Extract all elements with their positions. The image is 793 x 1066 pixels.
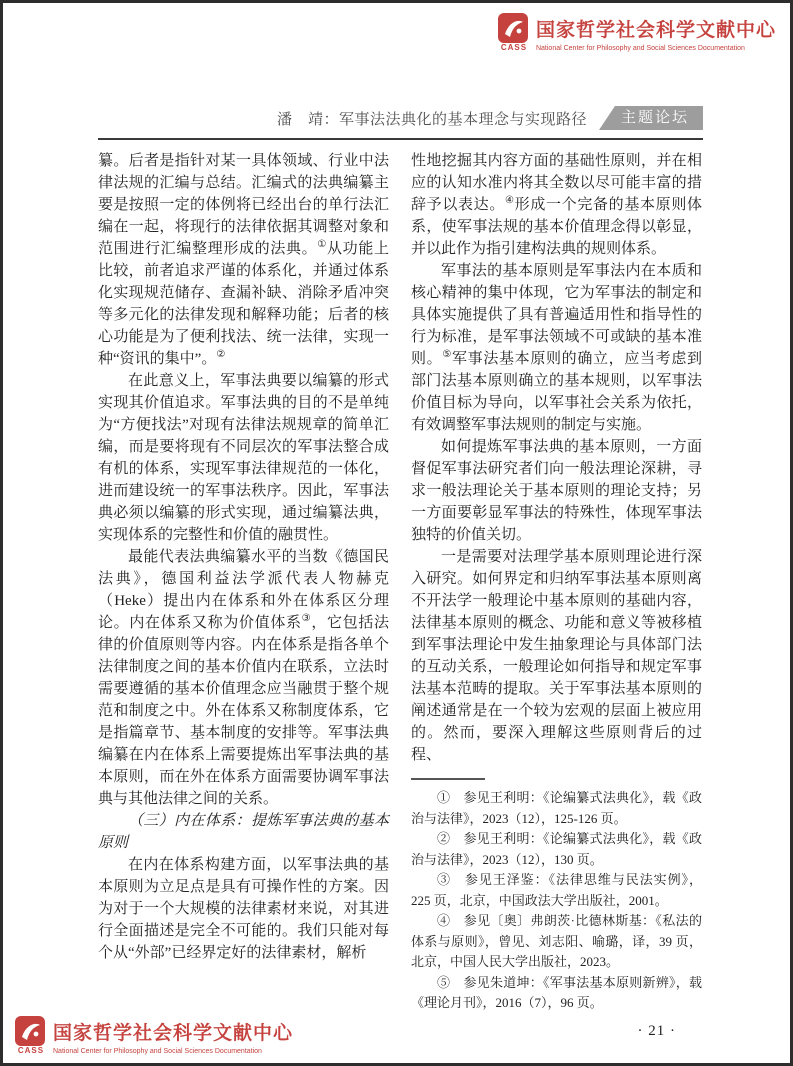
footnote: ④ 参见〔奥〕弗朗茨·比德林斯基：《私法的体系与原则》，曾见、刘志阳、喻璐，译，… — [411, 911, 702, 973]
brand-name-en: National Center for Philosophy and Socia… — [53, 1048, 293, 1055]
footnote-ref: ③ — [302, 613, 312, 624]
paragraph: 性地挖掘其内容方面的基础性原则，并在相应的认知水准内将其全数以尽可能丰富的措辞予… — [411, 150, 702, 260]
running-title: 潘 靖：军事法法典化的基本理念与实现路径 — [277, 108, 587, 129]
paragraph: 如何提炼军事法典的基本原则，一方面督促军事法研究者们向一般法理论深耕，寻求一般法… — [411, 436, 702, 546]
paragraph: 纂。后者是指针对某一具体领域、行业中法律法规的汇编与总结。汇编式的法典编纂主要是… — [98, 150, 389, 370]
right-column: 性地挖掘其内容方面的基础性原则，并在相应的认知水准内将其全数以尽可能丰富的措辞予… — [411, 150, 702, 1042]
left-column: 纂。后者是指针对某一具体领域、行业中法律法规的汇编与总结。汇编式的法典编纂主要是… — [98, 150, 389, 1042]
footnote-divider — [411, 778, 485, 780]
paragraph: 军事法的基本原则是军事法内在本质和核心精神的集中体现，它为军事法的制定和具体实施… — [411, 260, 702, 436]
footnote: ⑤ 参见朱道坤：《军事法基本原则新辨》，载《理论月刊》，2016（7），96 页… — [411, 973, 702, 1014]
running-header: 潘 靖：军事法法典化的基本理念与实现路径 主题论坛 — [98, 106, 703, 130]
cass-logo-icon — [15, 1016, 45, 1046]
section-badge: 主题论坛 — [599, 106, 703, 130]
footnote: ③ 参见王泽鉴：《法律思维与民法实例》，225 页，北京，中国政法大学出版社，2… — [411, 870, 702, 911]
footnote-ref: ① — [317, 239, 327, 250]
brand-abbr: CASS — [15, 1046, 47, 1055]
paragraph: （三）内在体系：提炼军事法典的基本原则 — [98, 810, 389, 854]
right-column-paragraphs: 性地挖掘其内容方面的基础性原则，并在相应的认知水准内将其全数以尽可能丰富的措辞予… — [411, 150, 702, 766]
brand-name-en: National Center for Philosophy and Socia… — [536, 45, 776, 52]
footnotes-section: ① 参见王利明：《论编纂式法典化》，载《政治与法律》，2023（12），125-… — [411, 788, 702, 1014]
paragraph: 最能代表法典编纂水平的当数《德国民法典》，德国利益法学派代表人物赫克（Heke）… — [98, 546, 389, 810]
footnote-ref: ④ — [505, 195, 515, 206]
page-number: · 21 · — [411, 1020, 702, 1042]
bottom-watermark: 国家哲学社会科学文献中心 CASS National Center for Ph… — [15, 1016, 293, 1055]
footnote-ref: ② — [216, 349, 225, 360]
brand-name-cn: 国家哲学社会科学文献中心 — [53, 1018, 293, 1045]
top-watermark: 国家哲学社会科学文献中心 CASS National Center for Ph… — [498, 13, 776, 52]
brand-abbr: CASS — [498, 43, 530, 52]
brand-name-cn: 国家哲学社会科学文献中心 — [536, 15, 776, 42]
footnote: ② 参见王利明：《论编纂式法典化》，载《政治与法律》，2023（12），130 … — [411, 829, 702, 870]
content-columns: 纂。后者是指针对某一具体领域、行业中法律法规的汇编与总结。汇编式的法典编纂主要是… — [98, 150, 702, 1042]
cass-logo-icon — [498, 13, 528, 43]
paragraph: 一是需要对法理学基本原则理论进行深入研究。如何界定和归纳军事法基本原则离不开法学… — [411, 546, 702, 766]
paragraph: 在内在体系构建方面，以军事法典的基本原则为立足点是具有可操作性的方案。因为对于一… — [98, 854, 389, 964]
footnote-ref: ⑤ — [442, 349, 452, 360]
footnote: ① 参见王利明：《论编纂式法典化》，载《政治与法律》，2023（12），125-… — [411, 788, 702, 829]
paragraph: 在此意义上，军事法典要以编纂的形式实现其价值追求。军事法典的目的不是单纯为“方便… — [98, 370, 389, 546]
header-rule — [98, 138, 703, 140]
page: 国家哲学社会科学文献中心 CASS National Center for Ph… — [0, 0, 793, 1066]
